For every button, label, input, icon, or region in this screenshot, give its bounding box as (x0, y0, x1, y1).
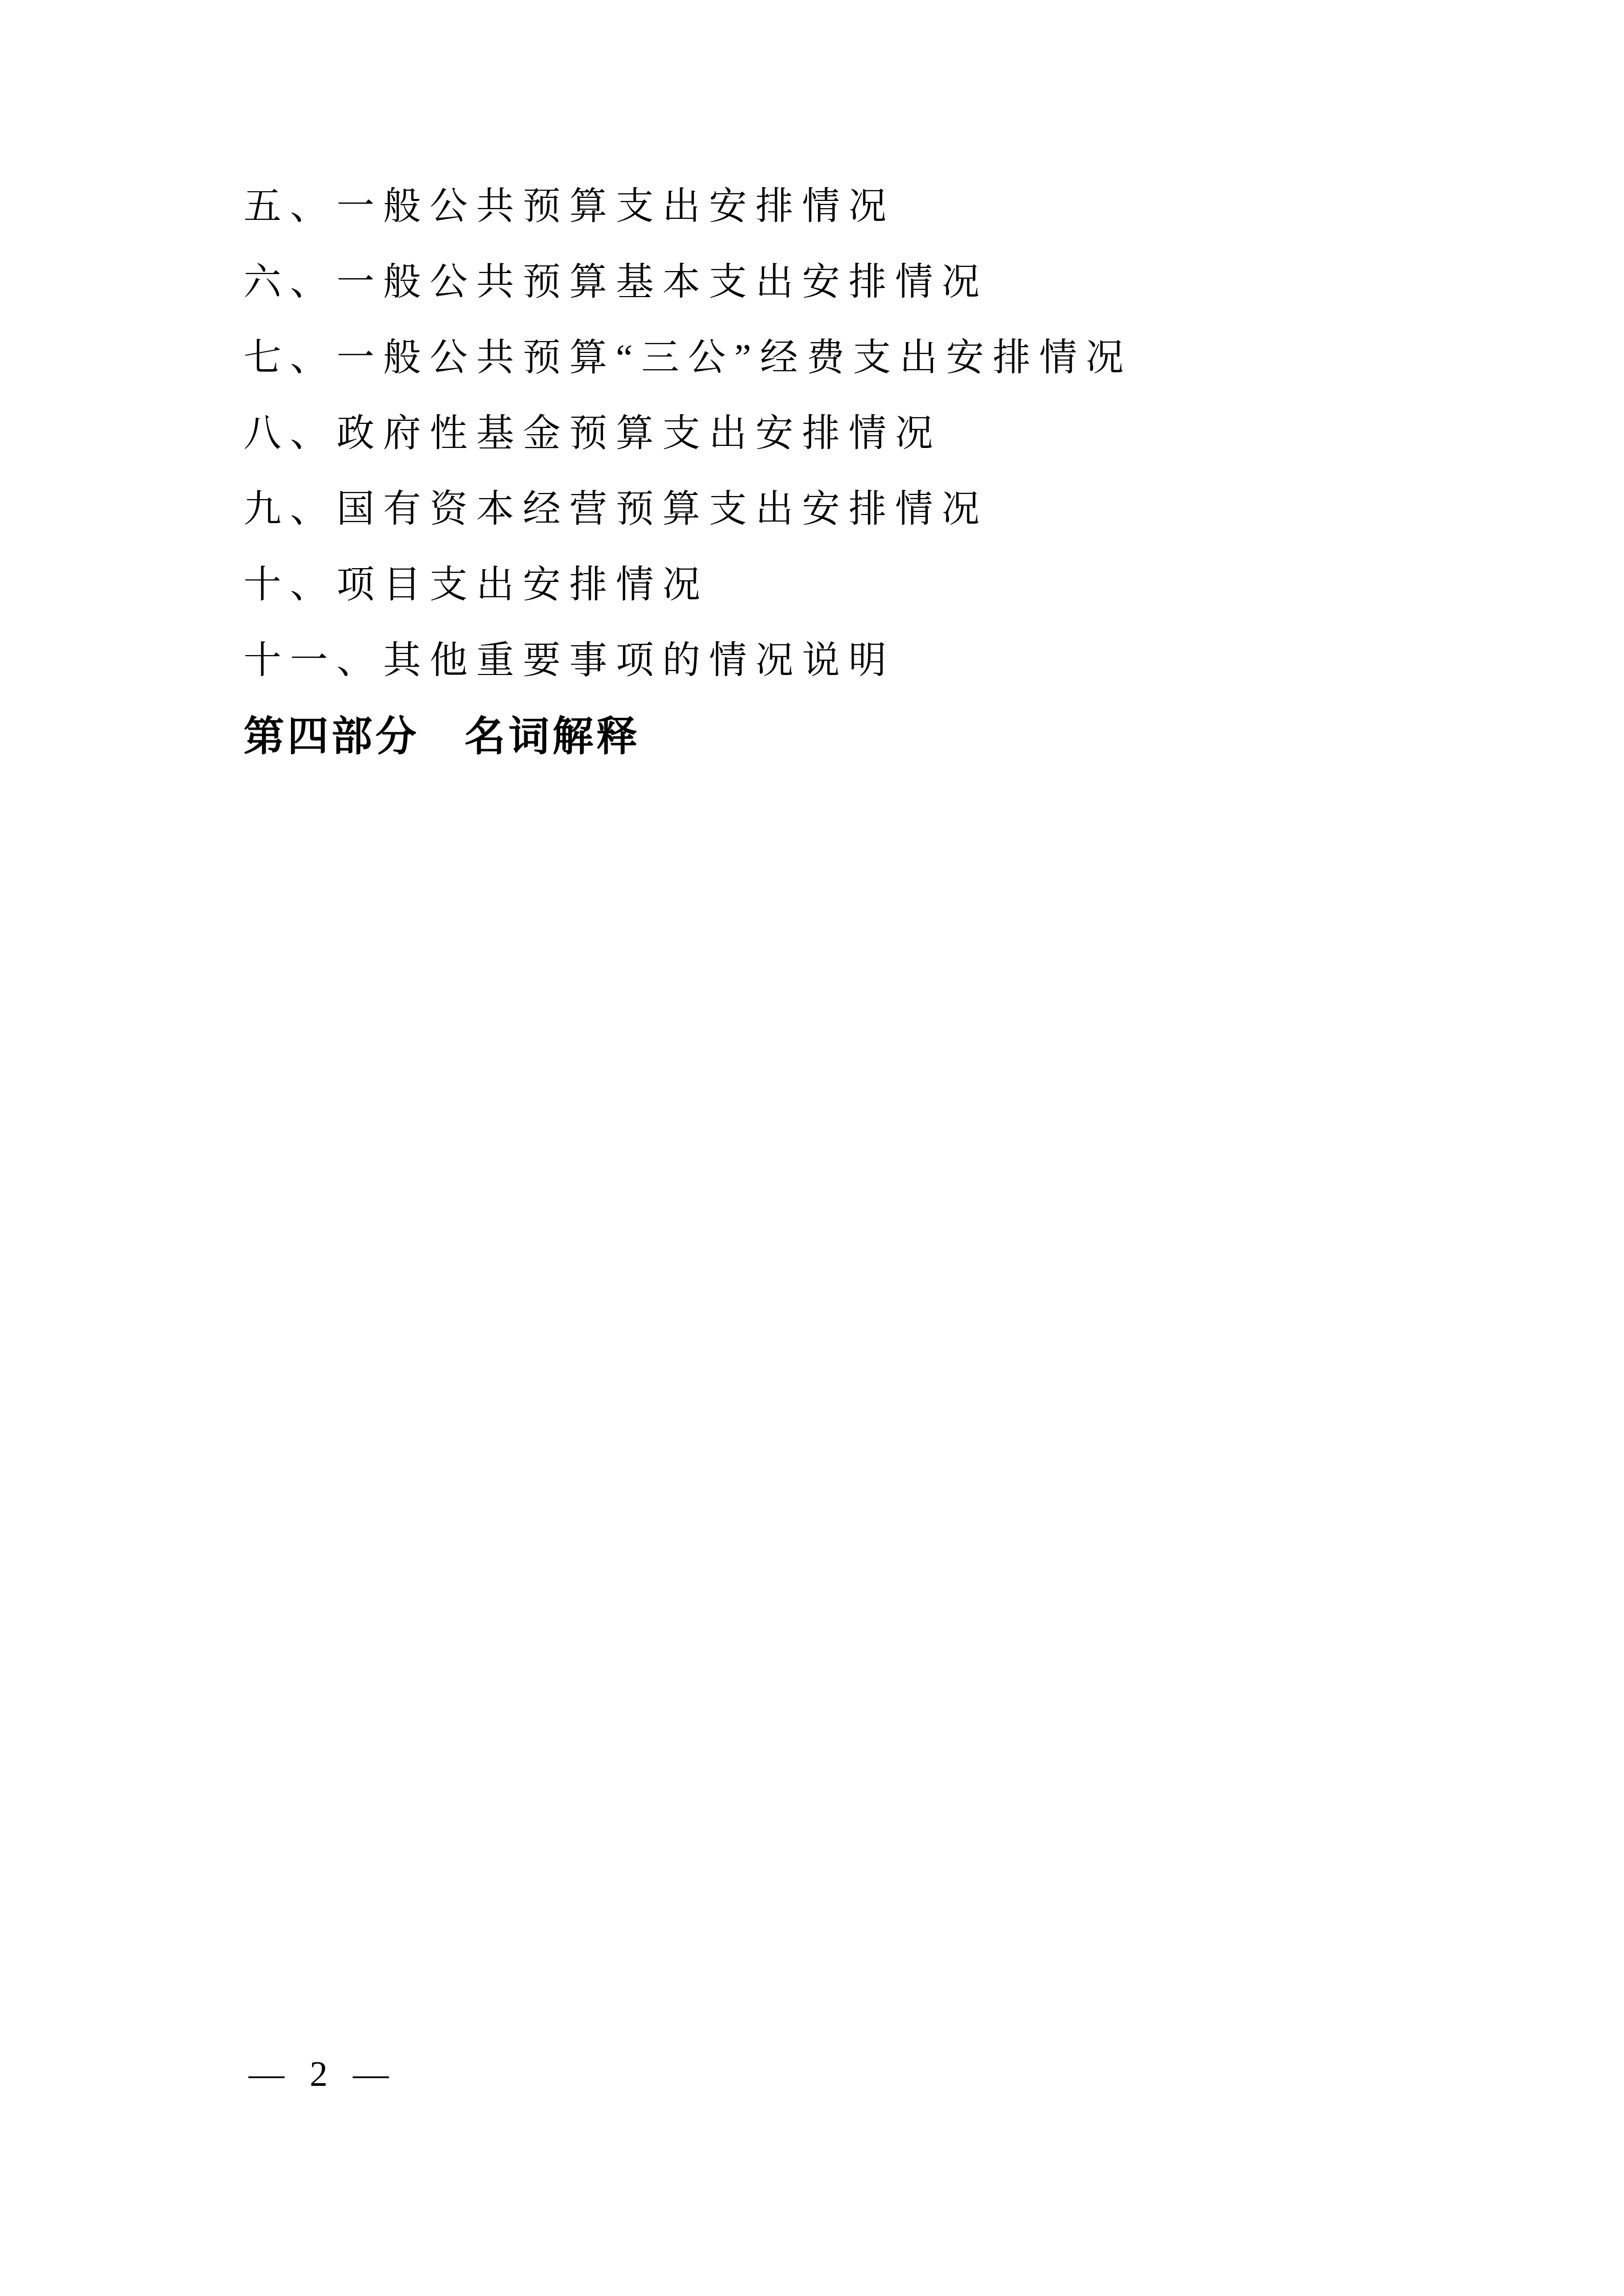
page-number: — 2 — (249, 2056, 397, 2094)
toc-item-11: 十一、其他重要事项的情况说明 (243, 623, 1471, 699)
section-heading-title: 名词解释 (464, 713, 640, 759)
toc-item-6: 六、一般公共预算基本支出安排情况 (243, 244, 1471, 320)
table-of-contents: 五、一般公共预算支出安排情况 六、一般公共预算基本支出安排情况 七、一般公共预算… (243, 169, 1471, 774)
section-heading: 第四部分名词解释 (243, 699, 1471, 774)
toc-item-5: 五、一般公共预算支出安排情况 (243, 169, 1471, 244)
toc-item-7: 七、一般公共预算“三公”经费支出安排情况 (243, 320, 1471, 396)
toc-item-9: 九、国有资本经营预算支出安排情况 (243, 471, 1471, 547)
section-heading-part-label: 第四部分 (243, 713, 419, 759)
toc-item-8: 八、政府性基金预算支出安排情况 (243, 396, 1471, 471)
document-page: 五、一般公共预算支出安排情况 六、一般公共预算基本支出安排情况 七、一般公共预算… (0, 0, 1624, 2296)
toc-item-10: 十、项目支出安排情况 (243, 547, 1471, 623)
